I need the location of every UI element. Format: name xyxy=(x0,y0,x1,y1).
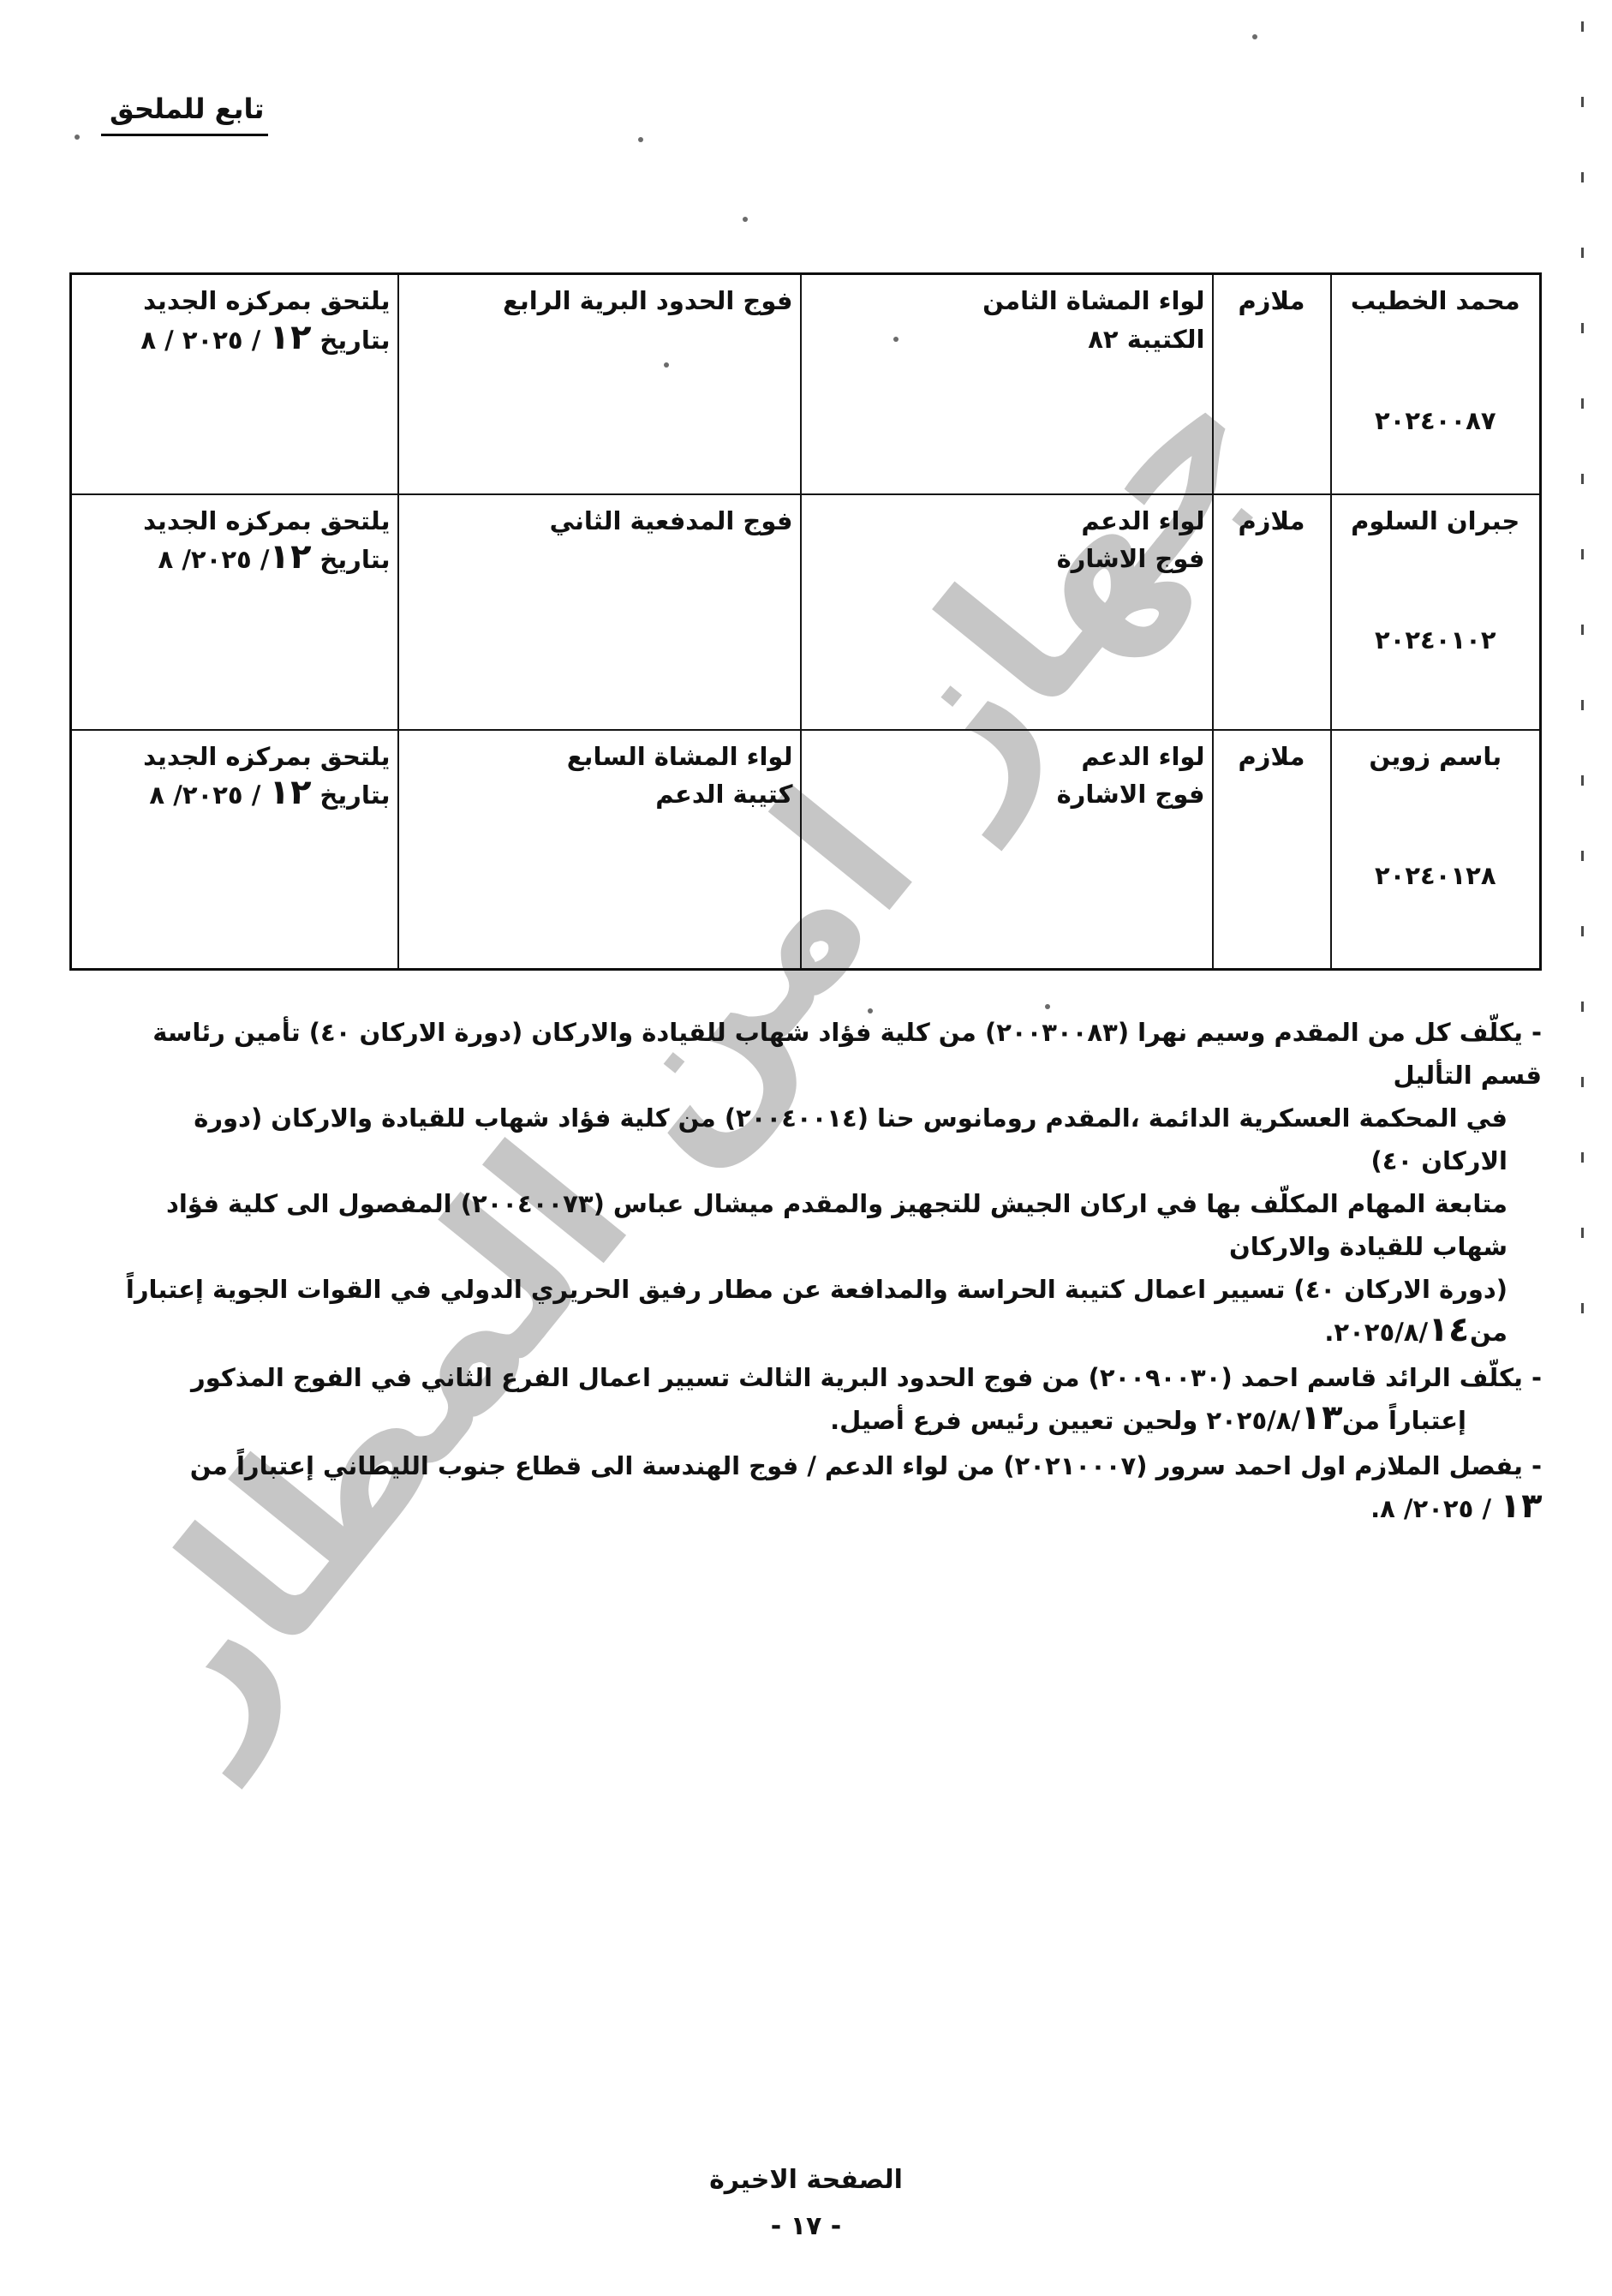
join-date-line: بتاريخ ٢٠٢٥/ ٨ / ١٢ xyxy=(79,775,391,815)
table-row: باسم زوين ٢٠٢٤٠١٢٨ ملازم لواء الدعم فوج … xyxy=(71,730,1541,970)
scan-noise-dot xyxy=(75,135,80,140)
order-paragraph: - يكلّف كل من المقدم وسيم نهرا (٢٠٠٣٠٠٨٣… xyxy=(103,1011,1542,1354)
join-note-cell: يلتحق بمركزه الجديد بتاريخ ٢٠٢٥ / ٨ / ١٢ xyxy=(71,274,398,494)
scan-noise-dot xyxy=(1045,1004,1050,1009)
scan-noise-dot xyxy=(1252,34,1257,39)
join-note-cell: يلتحق بمركزه الجديد بتاريخ ٢٠٢٥/ ٨ / ١٢ xyxy=(71,730,398,970)
paragraph-line: في المحكمة العسكرية الدائمة ،المقدم روما… xyxy=(103,1097,1542,1182)
paragraph-line: (دورة الاركان ٤٠) تسيير اعمال كتيبة الحر… xyxy=(103,1268,1542,1354)
page-number: - ١٧ - xyxy=(0,2203,1612,2250)
table-row: محمد الخطيب ٢٠٢٤٠٠٨٧ ملازم لواء المشاة ا… xyxy=(71,274,1541,494)
footer-label: الصفحة الاخيرة xyxy=(0,2157,1612,2203)
handwritten-day: ١٢ xyxy=(268,775,313,810)
join-date-line: بتاريخ ٢٠٢٥/ ٨ /١٢ xyxy=(79,540,391,579)
join-note-cell: يلتحق بمركزه الجديد بتاريخ ٢٠٢٥/ ٨ /١٢ xyxy=(71,494,398,730)
paragraph-line: - يكلّف الرائد قاسم احمد (٢٠٠٩٠٠٣٠) من ف… xyxy=(103,1356,1542,1399)
regiment-line: كتيبة الدعم xyxy=(406,775,793,814)
page-heading: تابع للملحق xyxy=(101,93,268,136)
regiment-line: فوج الحدود البرية الرابع xyxy=(406,282,793,320)
orders-paragraphs: - يكلّف كل من المقدم وسيم نهرا (٢٠٠٣٠٠٨٣… xyxy=(103,1011,1542,1533)
paragraph-line: - يفصل الملازم اول احمد سرور (٢٠٢١٠٠٠٧) … xyxy=(103,1444,1542,1530)
join-note: يلتحق بمركزه الجديد xyxy=(79,502,391,541)
new-unit-cell: لواء المشاة السابع كتيبة الدعم xyxy=(398,730,801,970)
join-date-line: بتاريخ ٢٠٢٥ / ٨ / ١٢ xyxy=(79,320,391,360)
join-date: ٢٠٢٥/ ٨ /١٢ xyxy=(158,540,312,579)
rank-cell: ملازم xyxy=(1213,730,1331,970)
paragraph-line: متابعة المهام المكلّف بها في اركان الجيش… xyxy=(103,1182,1542,1268)
unit-line: الكتيبة ٨٢ xyxy=(809,320,1205,359)
join-note: يلتحق بمركزه الجديد xyxy=(79,282,391,320)
officer-number: ٢٠٢٤٠١٢٨ xyxy=(1339,857,1533,895)
effective-date: ٢٠٢٥/٨/١٤ xyxy=(1334,1311,1470,1354)
unit-line: لواء الدعم xyxy=(809,738,1205,776)
officer-name-cell: جبران السلوم ٢٠٢٤٠١٠٢ xyxy=(1331,494,1541,730)
regiment-line: لواء المشاة السابع xyxy=(406,738,793,776)
handwritten-day: ١٤ xyxy=(1427,1312,1472,1347)
table-row: جبران السلوم ٢٠٢٤٠١٠٢ ملازم لواء الدعم ف… xyxy=(71,494,1541,730)
page-footer: الصفحة الاخيرة - ١٧ - xyxy=(0,2157,1612,2250)
unit-line: فوج الاشارة xyxy=(809,540,1205,578)
handwritten-day: ١٢ xyxy=(268,320,313,355)
regiment-line: فوج المدفعية الثاني xyxy=(406,502,793,541)
join-date-prefix: بتاريخ xyxy=(311,326,390,355)
new-unit-cell: فوج الحدود البرية الرابع xyxy=(398,274,801,494)
order-paragraph: - يفصل الملازم اول احمد سرور (٢٠٢١٠٠٠٧) … xyxy=(103,1444,1542,1530)
new-unit-cell: فوج المدفعية الثاني xyxy=(398,494,801,730)
effective-date: ٢٠٢٥/٨/١٣ xyxy=(1206,1399,1342,1442)
unit-line: فوج الاشارة xyxy=(809,775,1205,814)
paragraph-line: - يكلّف كل من المقدم وسيم نهرا (٢٠٠٣٠٠٨٣… xyxy=(103,1011,1542,1097)
handwritten-day: ١٢ xyxy=(268,540,313,574)
paragraph-line: إعتباراً من٢٠٢٥/٨/١٣ ولحين تعيين رئيس فر… xyxy=(103,1399,1542,1442)
order-paragraph: - يكلّف الرائد قاسم احمد (٢٠٠٩٠٠٣٠) من ف… xyxy=(103,1356,1542,1442)
officer-number: ٢٠٢٤٠١٠٢ xyxy=(1339,621,1533,660)
officer-number: ٢٠٢٤٠٠٨٧ xyxy=(1339,402,1533,440)
current-unit-cell: لواء الدعم فوج الاشارة xyxy=(801,494,1213,730)
join-date: ٢٠٢٥ / ٨ / ١٢ xyxy=(140,320,311,360)
scan-noise-dot xyxy=(743,217,748,222)
join-note: يلتحق بمركزه الجديد xyxy=(79,738,391,776)
officer-name: باسم زوين xyxy=(1339,738,1533,776)
current-unit-cell: لواء المشاة الثامن الكتيبة ٨٢ xyxy=(801,274,1213,494)
officer-name: جبران السلوم xyxy=(1339,502,1533,541)
scan-noise-dot xyxy=(638,137,643,142)
unit-line: لواء الدعم xyxy=(809,502,1205,541)
officer-name: محمد الخطيب xyxy=(1339,282,1533,320)
transfer-orders-table: محمد الخطيب ٢٠٢٤٠٠٨٧ ملازم لواء المشاة ا… xyxy=(69,272,1542,971)
join-date-prefix: بتاريخ xyxy=(311,545,390,574)
rank-cell: ملازم xyxy=(1213,494,1331,730)
handwritten-day: ١٣ xyxy=(1299,1401,1344,1435)
join-date: ٢٠٢٥/ ٨ / ١٢ xyxy=(149,775,311,815)
current-unit-cell: لواء الدعم فوج الاشارة xyxy=(801,730,1213,970)
document-page: جهاز امن المطار تابع للملحق محمد الخطيب … xyxy=(0,0,1612,2296)
rank-cell: ملازم xyxy=(1213,274,1331,494)
officer-name-cell: محمد الخطيب ٢٠٢٤٠٠٨٧ xyxy=(1331,274,1541,494)
handwritten-day: ١٣ xyxy=(1499,1489,1543,1523)
officer-name-cell: باسم زوين ٢٠٢٤٠١٢٨ xyxy=(1331,730,1541,970)
unit-line: لواء المشاة الثامن xyxy=(809,282,1205,320)
join-date-prefix: بتاريخ xyxy=(311,780,390,810)
scan-edge-marks xyxy=(1581,21,1584,1324)
effective-date: ٢٠٢٥/ ٨ / ١٣ xyxy=(1380,1487,1542,1530)
